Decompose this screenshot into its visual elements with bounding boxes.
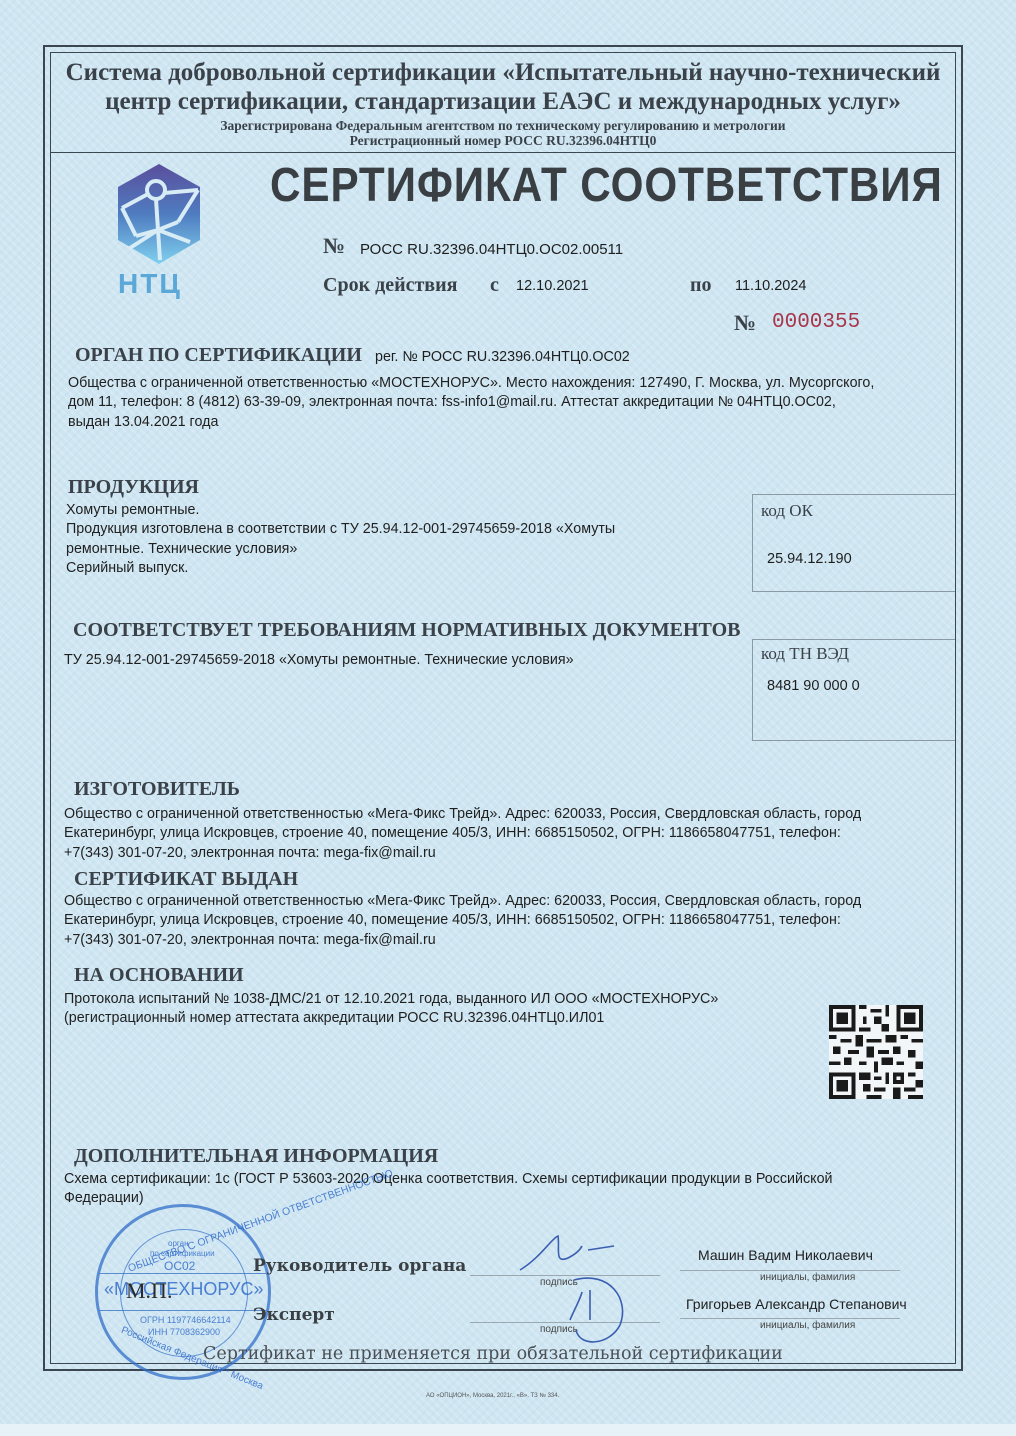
form-number-sign: №	[734, 310, 756, 336]
seal-by-certification-text: по сертификации	[150, 1249, 215, 1258]
basis-details: Протокола испытаний № 1038-ДМС/21 от 12.…	[64, 990, 824, 1029]
certification-body-line2: дом 11, телефон: 8 (4812) 63-39-09, элек…	[68, 393, 948, 412]
okpd-code-box: код ОК 25.94.12.190	[752, 494, 955, 592]
form-serial-number: 0000355	[772, 311, 860, 334]
issued-to-details: Общество с ограниченной ответственностью…	[64, 892, 954, 950]
manufacturer-details: Общество с ограниченной ответственностью…	[64, 805, 954, 863]
tnved-code-value: 8481 90 000 0	[767, 678, 860, 694]
section-title-product: ПРОДУКЦИЯ	[68, 476, 199, 499]
seal-inn-text: ИНН 7708362900	[148, 1327, 220, 1337]
head-name-line	[680, 1270, 900, 1271]
voluntary-certification-notice: Сертификат не применяется при обязательн…	[203, 1344, 783, 1364]
basis-line1: Протокола испытаний № 1038-ДМС/21 от 12.…	[64, 990, 824, 1009]
seal-place-mark: М.П.	[126, 1278, 172, 1304]
issued-to-line2: Екатеринбург, улица Искровцев, строение …	[64, 911, 954, 930]
certificate-number: РОСС RU.32396.04НТЦ0.ОС02.00511	[360, 241, 623, 258]
issued-to-line3: +7(343) 301-07-20, электронная почта: me…	[64, 931, 954, 950]
product-line4: Серийный выпуск.	[66, 559, 746, 578]
certification-body-details: Общества с ограниченной ответственностью…	[68, 374, 948, 432]
seal-code-text: ОС02	[164, 1259, 195, 1273]
issued-to-line1: Общество с ограниченной ответственностью…	[64, 892, 954, 911]
head-name-caption: инициалы, фамилия	[760, 1272, 855, 1283]
ntc-logo: НТЦ	[108, 160, 210, 300]
section-title-certification-body: ОРГАН ПО СЕРТИФИКАЦИИ	[75, 344, 362, 367]
valid-from-label: с	[490, 274, 499, 297]
expert-name-caption: инициалы, фамилия	[760, 1320, 855, 1331]
head-of-body-label: Руководитель органа	[253, 1256, 466, 1276]
okpd-code-label: код ОК	[761, 501, 813, 521]
product-line3: ремонтные. Технические условия»	[66, 540, 746, 559]
section-title-additional-info: ДОПОЛНИТЕЛЬНАЯ ИНФОРМАЦИЯ	[74, 1145, 438, 1168]
expert-name-line	[680, 1318, 900, 1319]
header-divider	[51, 152, 955, 153]
valid-from-date: 12.10.2021	[516, 278, 589, 294]
section-title-issued-to: СЕРТИФИКАТ ВЫДАН	[74, 868, 298, 891]
product-details: Хомуты ремонтные. Продукция изготовлена …	[66, 501, 746, 578]
printer-imprint: АО «ОПЦИОН», Москва, 2021г., «В». ТЗ № 3…	[426, 1393, 559, 1399]
manufacturer-line3: +7(343) 301-07-20, электронная почта: me…	[64, 844, 954, 863]
qr-code	[829, 1005, 923, 1099]
additional-info-line1: Схема сертификации: 1с (ГОСТ Р 53603-202…	[64, 1170, 944, 1189]
section-title-conformity: СООТВЕТСТВУЕТ ТРЕБОВАНИЯМ НОРМАТИВНЫХ ДО…	[73, 619, 741, 642]
tnved-code-box: код ТН ВЭД 8481 90 000 0	[752, 639, 955, 741]
product-line2: Продукция изготовлена в соответствии с Т…	[66, 520, 746, 539]
valid-to-label: по	[690, 274, 712, 297]
system-title-line1: Система добровольной сертификации «Испыт…	[52, 58, 954, 88]
conformity-documents: ТУ 25.94.12-001-29745659-2018 «Хомуты ре…	[64, 652, 574, 668]
manufacturer-line2: Екатеринбург, улица Искровцев, строение …	[64, 824, 954, 843]
registration-number-line: Регистрационный номер РОСС RU.32396.04НТ…	[52, 133, 954, 149]
head-name: Машин Вадим Николаевич	[698, 1247, 873, 1263]
basis-line2: (регистрационный номер аттестата аккреди…	[64, 1009, 824, 1028]
valid-to-date: 11.10.2024	[735, 278, 807, 294]
expert-name: Григорьев Александр Степанович	[686, 1296, 907, 1312]
certificate-title: СЕРТИФИКАТ СООТВЕТСТВИЯ	[270, 158, 943, 213]
number-sign: №	[323, 233, 345, 259]
expert-label: Эксперт	[253, 1305, 335, 1325]
seal-ogrn-text: ОГРН 1197746642114	[140, 1315, 231, 1325]
manufacturer-line1: Общество с ограниченной ответственностью…	[64, 805, 954, 824]
seal-organ-text: орган	[168, 1239, 189, 1248]
okpd-code-value: 25.94.12.190	[767, 551, 852, 567]
logo-text: НТЦ	[118, 268, 182, 300]
certification-body-line3: выдан 13.04.2021 года	[68, 413, 948, 432]
tnved-code-label: код ТН ВЭД	[761, 644, 849, 664]
registered-line: Зарегистрирована Федеральным агентством …	[52, 118, 954, 134]
validity-label: Срок действия	[323, 274, 457, 297]
section-title-basis: НА ОСНОВАНИИ	[74, 964, 244, 987]
additional-info-details: Схема сертификации: 1с (ГОСТ Р 53603-202…	[64, 1170, 944, 1209]
certification-body-reg-number: рег. № РОСС RU.32396.04НТЦ0.ОС02	[375, 349, 630, 365]
expert-handwritten-signature	[540, 1270, 630, 1350]
hexagon-network-icon	[108, 160, 210, 270]
page-bottom-edge	[0, 1424, 1016, 1436]
product-line1: Хомуты ремонтные.	[66, 501, 746, 520]
section-title-manufacturer: ИЗГОТОВИТЕЛЬ	[74, 778, 240, 801]
system-title-line2: центр сертификации, стандартизации ЕАЭС …	[52, 87, 954, 117]
certification-body-line1: Общества с ограниченной ответственностью…	[68, 374, 948, 393]
